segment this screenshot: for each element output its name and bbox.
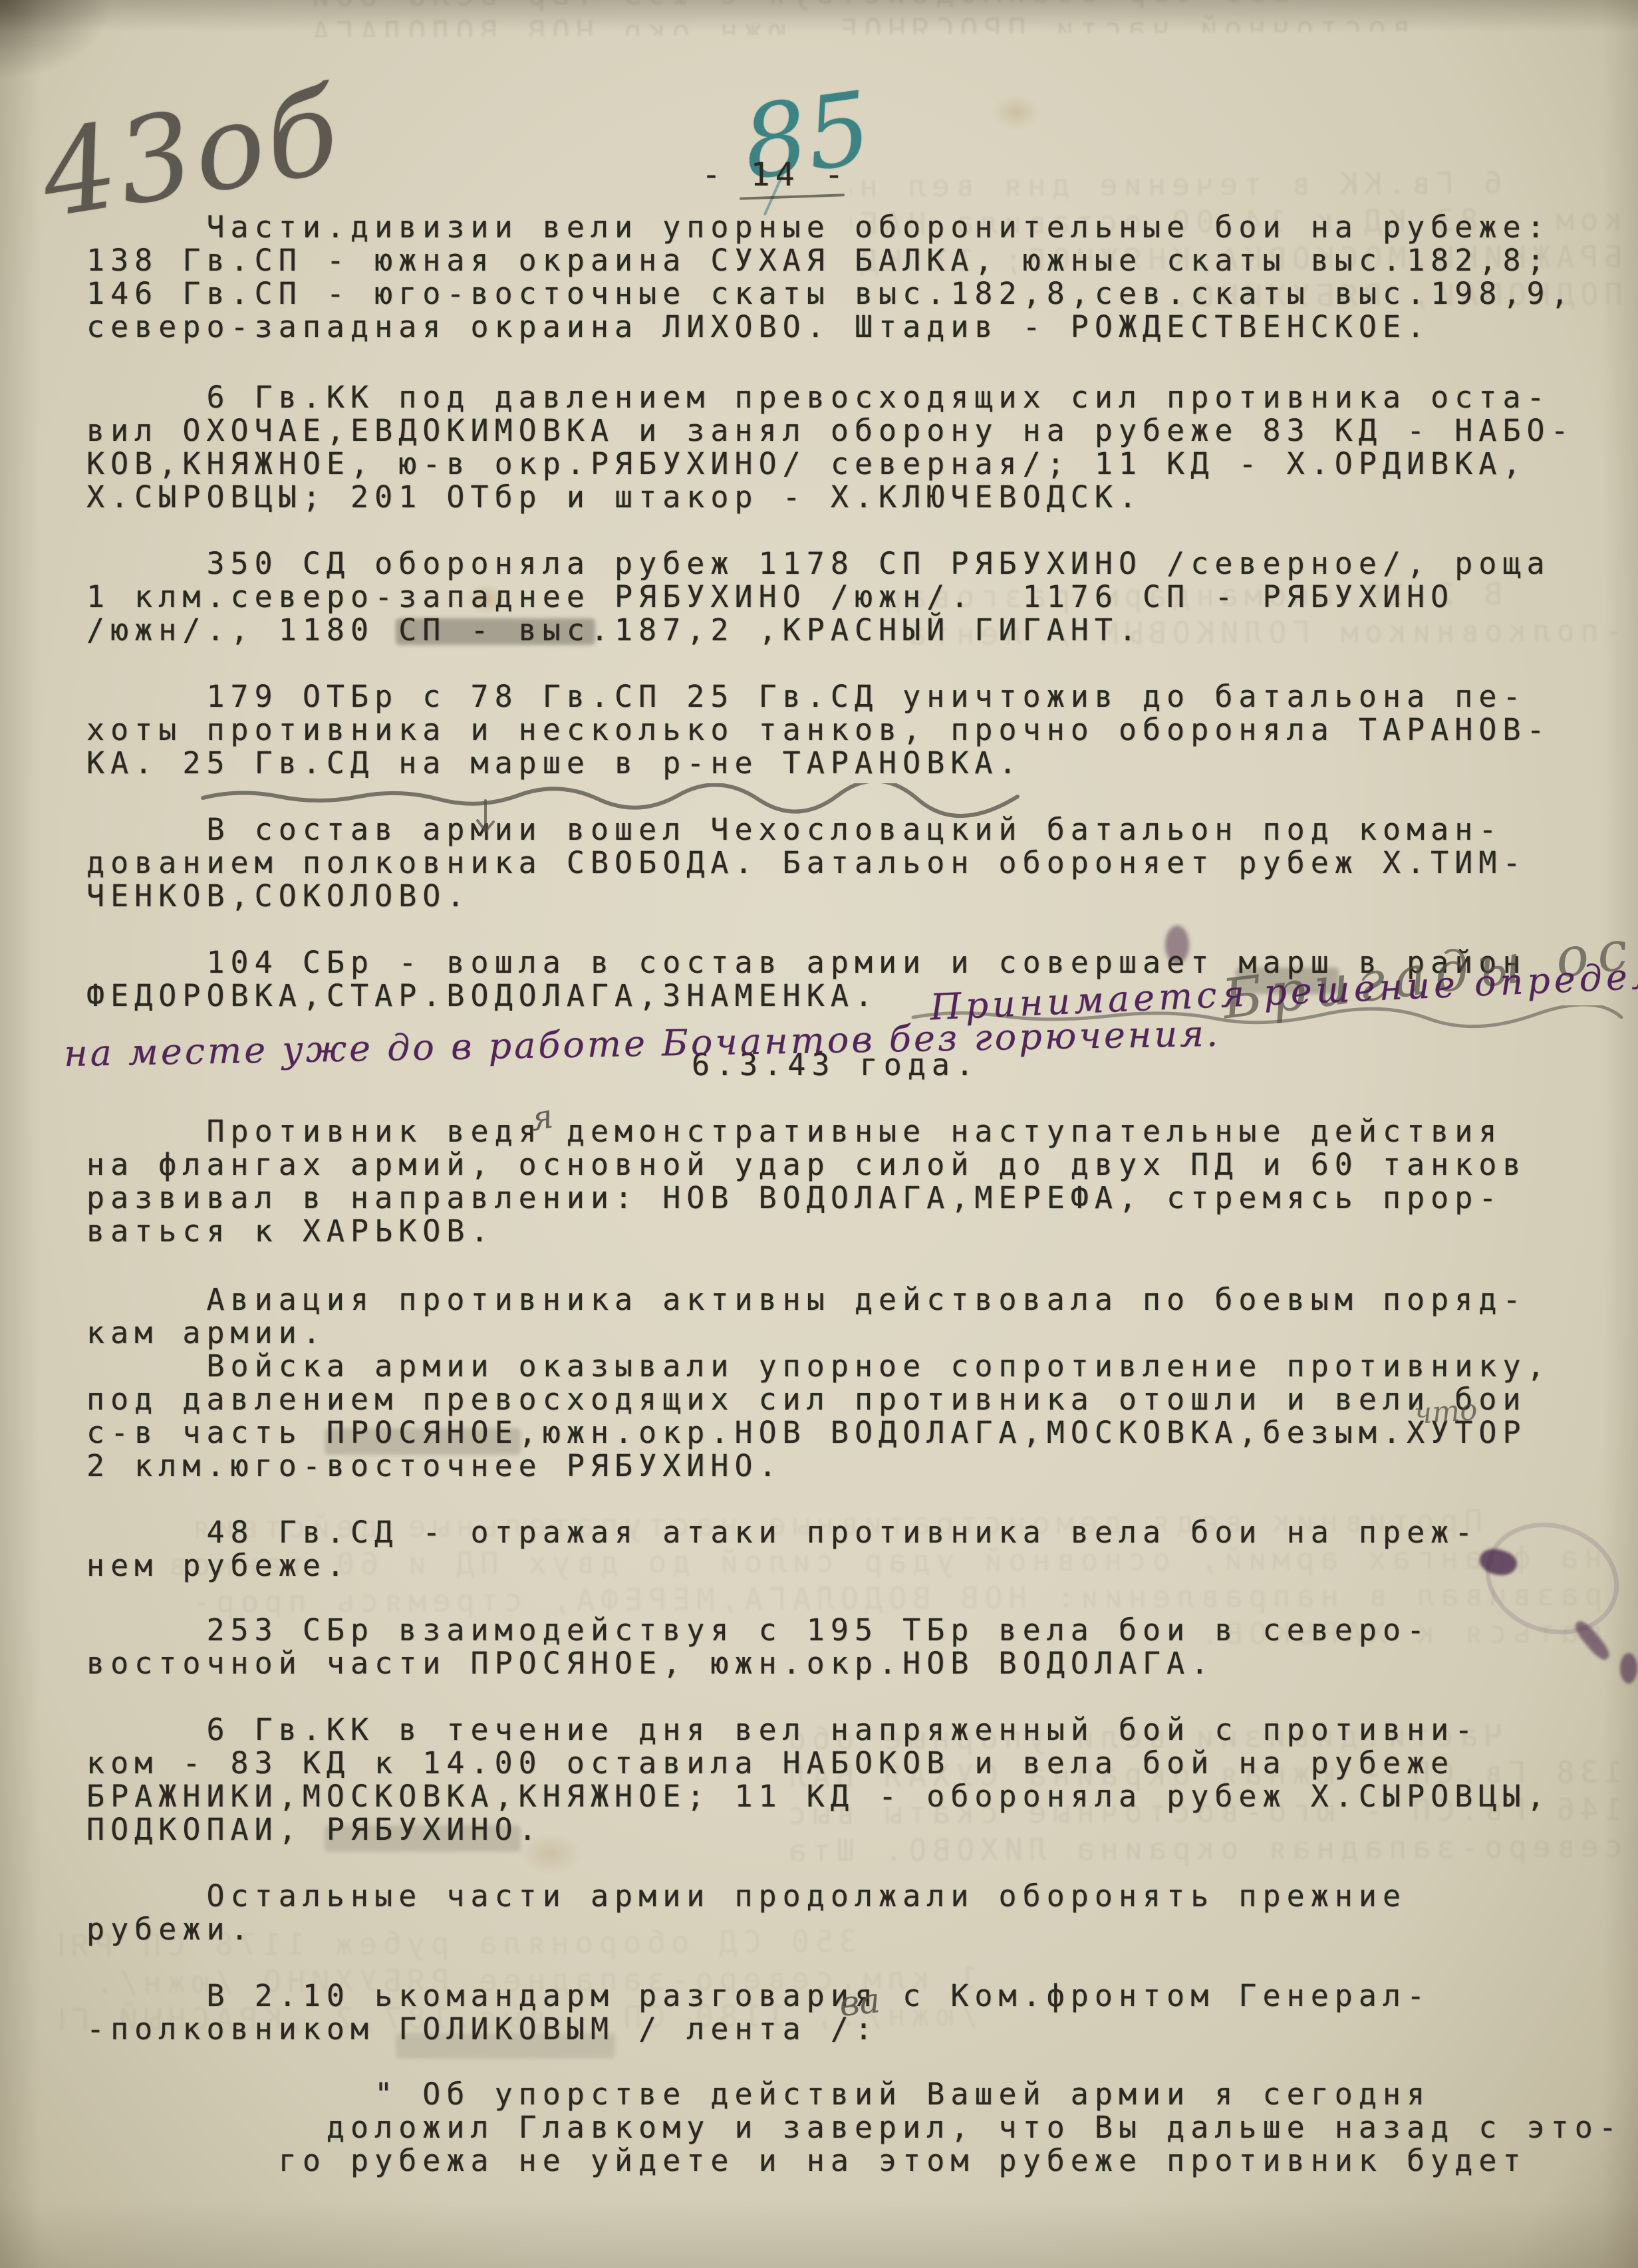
typed-page-number: - 14 - xyxy=(702,158,849,191)
handwritten-note-pencil: что xyxy=(1413,1393,1478,1432)
overstrike-smear xyxy=(396,2033,615,2059)
handwritten-insertion: ва xyxy=(837,1981,882,2025)
typed-paragraph: 6 Гв.КК под давлением превосходящих сил … xyxy=(86,381,1575,514)
handwritten-note-purple: на месте уже до в работе Бочантов без го… xyxy=(64,1013,1221,1074)
typed-paragraph: Противник ведя демонстративные наступате… xyxy=(86,1115,1527,1248)
typed-paragraph: Части.дивизии вели упорные оборонительны… xyxy=(86,211,1575,344)
overstrike-smear xyxy=(396,618,595,645)
ink-splatter xyxy=(1620,1653,1637,1684)
bleedthrough-text: 253 СБр взаимодействуя с 195 ТБр вела бо… xyxy=(279,0,1410,37)
typed-paragraph: Авиация противника активны действовала п… xyxy=(86,1283,1551,1483)
typed-paragraph: 350 СД обороняла рубеж 1178 СП РЯБУХИНО … xyxy=(86,547,1551,647)
pencil-underline-wavy xyxy=(200,783,1024,843)
scan-corner-shadow xyxy=(0,0,113,80)
typed-paragraph: 179 ОТБр с 78 Гв.СП 25 Гв.СД уничтожив д… xyxy=(86,680,1551,780)
paper-stain xyxy=(991,94,1041,130)
typed-paragraph: Остальные части армии продолжали обороня… xyxy=(86,1880,1407,1946)
overstrike-smear xyxy=(325,1428,521,1455)
overstrike-smear xyxy=(325,1825,521,1852)
typed-quote-paragraph: " Об упорстве действий Вашей армии я сег… xyxy=(86,2078,1623,2178)
typed-paragraph: 48 Гв.СД - отражая атаки противника вела… xyxy=(86,1516,1478,1582)
typed-paragraph: В 2.10 ькомандарм разговария с Ком.фронт… xyxy=(86,1979,1431,2046)
scanned-document-page: 253 СБр взаимодействуя с 195 ТБр вела бо… xyxy=(0,0,1638,2268)
typed-paragraph: 253 СБр взаимодействуя с 195 ТБр вела бо… xyxy=(86,1614,1431,1680)
typed-paragraph: 6 Гв.КК в течение дня вел напряженный бо… xyxy=(86,1713,1551,1846)
